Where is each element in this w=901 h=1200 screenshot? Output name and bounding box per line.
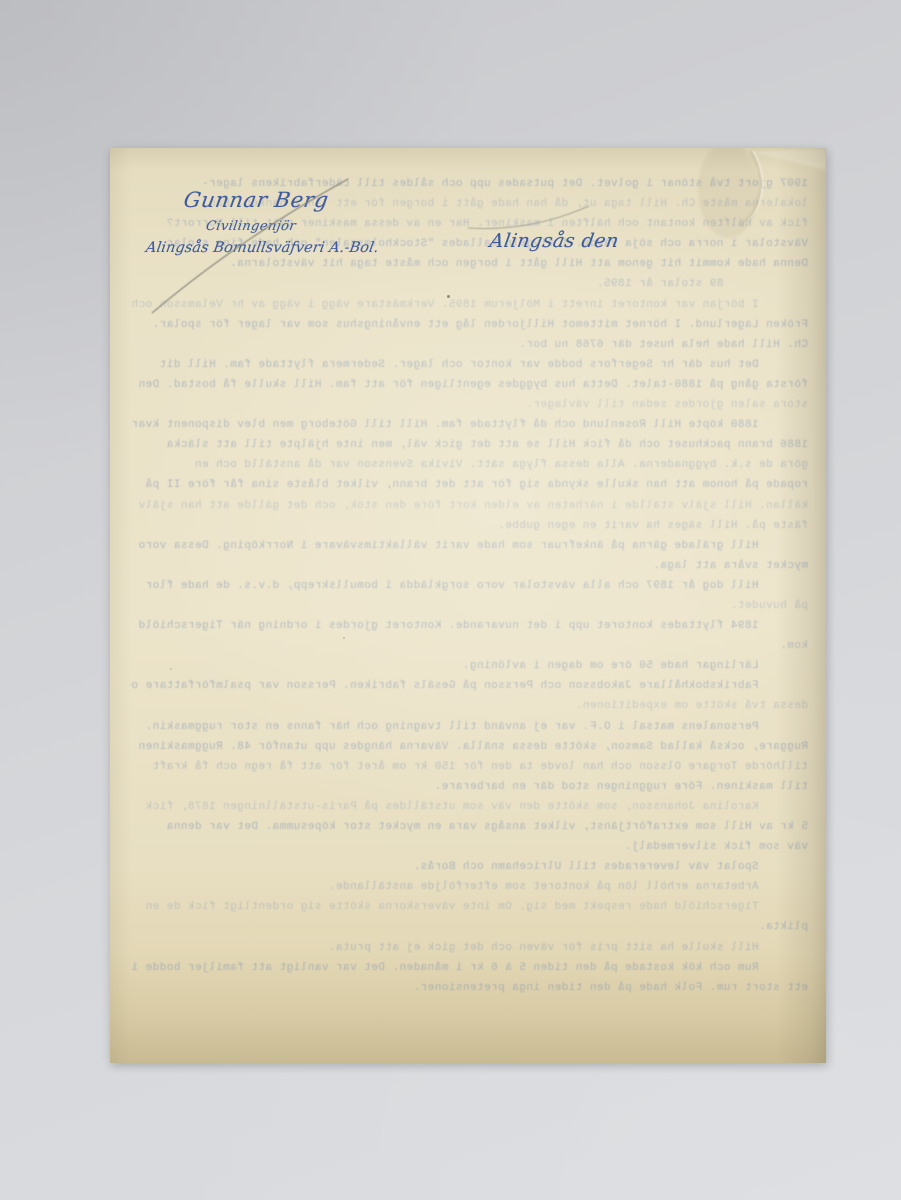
bleedthrough-line: Hill skulle ha sitt pris för väven och d… (130, 938, 808, 958)
bleedthrough-line: Ch. Hill hade hela huset där 6768 nu bor… (130, 335, 808, 355)
bleedthrough-line: göra de s.k. byggnaderna. Alla dessa fly… (130, 455, 808, 475)
bleedthrough-line: mycket svåra att laga. (130, 556, 808, 576)
bleedthrough-line: Lärlingar hade 50 öre om dagen i avlönin… (130, 656, 808, 676)
bleedthrough-line: Ruggare, också kallad Samson, skötte des… (130, 737, 808, 757)
bleedthrough-line: Hill grälade gärna på änkefruar som hade… (130, 536, 808, 556)
bleedthrough-line: väv som fick silvermedalj. (130, 837, 808, 857)
bleedthrough-line: Karolina Johansson, som skötte den väv s… (130, 797, 808, 817)
bleedthrough-line: dessa två skötte om expeditionen. (130, 696, 808, 716)
bleedthrough-line: 89 stolar år 1895. (130, 274, 808, 294)
paper-speck (170, 668, 172, 670)
bleedthrough-line: plikta. (130, 917, 808, 937)
bleedthrough-line: första gång på 1880-talet. Detta hus byg… (130, 375, 808, 395)
paper-corner-fold (751, 148, 826, 170)
bleedthrough-line: till maskinen. Före ruggningen stod där … (130, 777, 808, 797)
bleedthrough-line: 1894 flyttades kontoret upp i det nuvara… (130, 616, 808, 636)
bleedthrough-line: 1886 brann packhuset och då fick Hill se… (130, 435, 808, 455)
bleedthrough-line: Spolat väv levererades till Ulricehamn o… (130, 857, 808, 877)
letterhead-company: Alingsås Bomullsväfveri A.-Bol. (145, 240, 380, 256)
bleedthrough-text: 1907 gjort två stönar i golvet. Det puts… (130, 174, 808, 998)
bleedthrough-line: Fröken Lagerlund. I hörnet mittemot Hill… (130, 315, 808, 335)
bleedthrough-line: fäste på. Hill säges ha varit en egen gu… (130, 516, 808, 536)
letterhead-date-line: Alingsås den (488, 230, 620, 252)
paper-speck (343, 637, 345, 639)
bleedthrough-line: 5 kr av Hill som extraförtjänst, vilket … (130, 817, 808, 837)
bleedthrough-line: Det hus där hr Segerfors bodde var konto… (130, 355, 808, 375)
bleedthrough-line: Rum och kök kostade på den tiden 5 à 6 k… (130, 958, 808, 978)
bleedthrough-line: 1880 köpte Hill Rosenlund och då flyttad… (130, 415, 808, 435)
letter-sheet: 1907 gjort två stönar i golvet. Det puts… (110, 148, 826, 1063)
letterhead-title: Civilingenjör (205, 219, 297, 234)
letterhead-name: Gunnar Berg (182, 188, 330, 212)
bleedthrough-line: Personalens matsal i O.F. var ej använd … (130, 717, 808, 737)
bleedthrough-line: Tigerschiöld hade respekt med sig. Om in… (130, 897, 808, 917)
bleedthrough-line: källan. Hill själv ställde i närheten av… (130, 496, 808, 516)
bleedthrough-line: Arbetarna erhöll lön på kontoret som eft… (130, 877, 808, 897)
bleedthrough-line: Fabriksbokhållare Jakobsson och Persson … (130, 676, 808, 696)
bleedthrough-line: Hill dog år 1897 och alla vävstolar voro… (130, 576, 808, 596)
bleedthrough-line: kom. (130, 636, 808, 656)
bleedthrough-line: tillhörde Torgare Olsson och han lovde t… (130, 757, 808, 777)
bleedthrough-line: ropade på honom att han skulle skynda si… (130, 475, 808, 495)
bleedthrough-line: stora salen gjordes sedan till vävlager. (130, 395, 808, 415)
bleedthrough-line: ett stort rum. Folk hade på den tiden in… (130, 978, 808, 998)
bleedthrough-line: på huvudet. (130, 596, 808, 616)
photographed-letter: 1907 gjort två stönar i golvet. Det puts… (0, 0, 901, 1200)
bleedthrough-line: Denna hade kommit hit genom att Hill gåt… (130, 254, 808, 274)
paper-speck (447, 295, 450, 298)
bleedthrough-line: I början var kontoret inrett i Möljerum … (130, 295, 808, 315)
